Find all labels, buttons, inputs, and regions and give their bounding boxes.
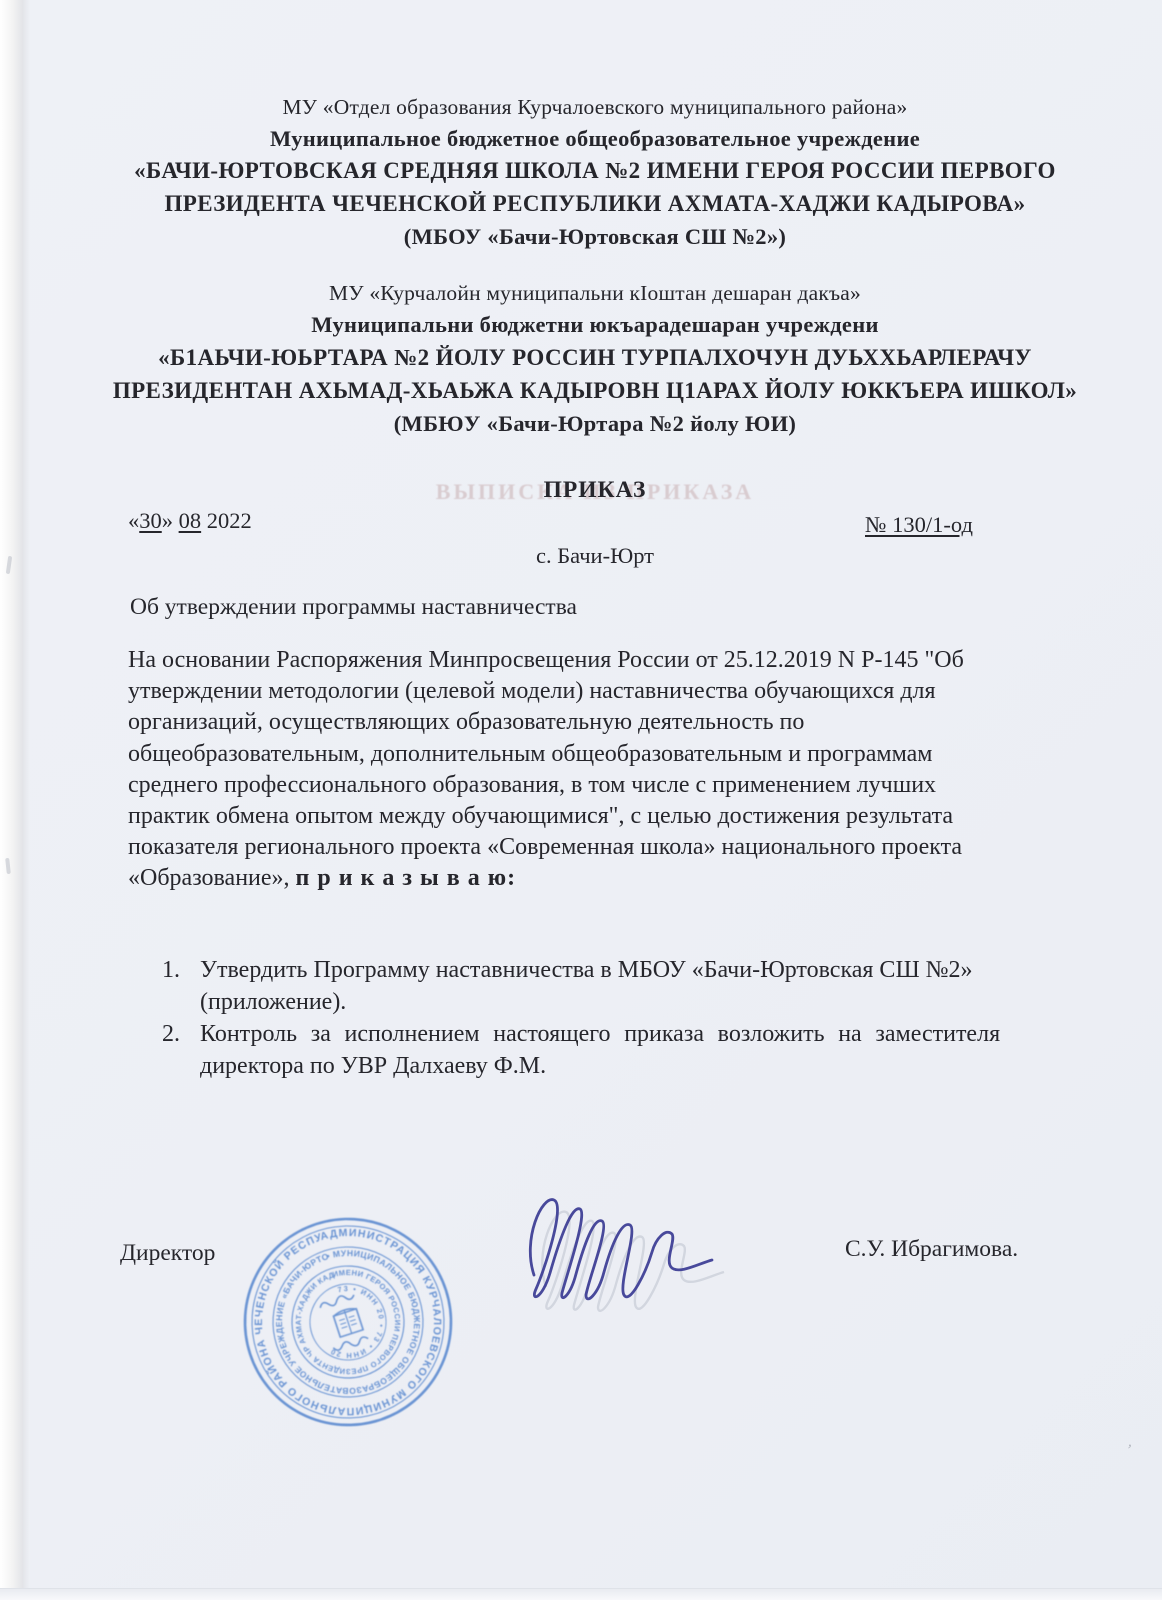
official-stamp: АДМИНИСТРАЦИЯ КУРЧАЛОЕВСКОГО МУНИЦИПАЛЬН… <box>238 1212 458 1432</box>
body-final-prefix: «Образование», <box>128 865 296 891</box>
date-close-quote: » <box>162 508 173 533</box>
body-final-line: «Образование», п р и к а з ы в а ю: <box>128 863 1058 894</box>
date-month: 08 <box>179 508 202 533</box>
item-1-number: 1. <box>162 957 180 984</box>
body-line: общеобразовательным, дополнительным обще… <box>128 739 1058 770</box>
order-title: ПРИКАЗ <box>28 477 1162 504</box>
handwritten-signature <box>500 1175 740 1335</box>
item-2-line-2: директора по УВР Далхаеву Ф.М. <box>200 1053 546 1080</box>
corner-artifact: ’ <box>1124 1442 1133 1461</box>
header-ru-department: МУ «Отдел образования Курчалоевского мун… <box>28 95 1162 120</box>
order-body-paragraph: На основании Распоряжения Минпросвещения… <box>128 645 1058 895</box>
body-line: практик обмена опытом между обучающимися… <box>128 801 1058 832</box>
header-che-abbreviation: (МБЮУ «Бачи-Юртара №2 йолу ЮИ) <box>28 411 1162 437</box>
date-year: 2022 <box>207 508 252 533</box>
date-day: 30 <box>139 508 162 533</box>
header-che-department: МУ «Курчалойн муниципальни кIоштан дешар… <box>28 281 1162 306</box>
header-ru-institution: Муниципальное бюджетное общеобразователь… <box>28 126 1162 152</box>
signature-echo-stroke <box>542 1212 724 1311</box>
body-line: организаций, осуществляющих образователь… <box>128 707 1058 738</box>
item-2-line-1: Контроль за исполнением настоящего прика… <box>200 1021 1000 1048</box>
body-line: показателя регионального проекта «Соврем… <box>128 832 1058 863</box>
scanner-edge-bottom <box>0 1588 1162 1600</box>
body-line: утверждении методологии (целевой модели)… <box>128 676 1058 707</box>
header-che-institution: Муниципальни бюджетни юкъарадешаран учре… <box>28 312 1162 338</box>
scanner-edge-left <box>0 0 30 1600</box>
header-ru-school-name-1: «БАЧИ-ЮРТОВСКАЯ СРЕДНЯЯ ШКОЛА №2 ИМЕНИ Г… <box>28 158 1162 184</box>
order-date: «30» 08 2022 <box>128 508 252 534</box>
header-che-school-name-1: «Б1АЬЧИ-ЮЬРТАРА №2 ЙОЛУ РОССИН ТУРПАЛХОЧ… <box>28 345 1162 371</box>
body-line: На основании Распоряжения Минпросвещения… <box>128 645 1058 676</box>
order-subject: Об утверждении программы наставничества <box>130 594 577 621</box>
header-ru-school-name-2: ПРЕЗИДЕНТА ЧЕЧЕНСКОЙ РЕСПУБЛИКИ АХМАТА-Х… <box>28 191 1162 217</box>
item-2-number: 2. <box>162 1021 180 1048</box>
stamp-ornament-wave-top <box>319 1292 355 1310</box>
decree-word: п р и к а з ы в а ю: <box>296 865 517 891</box>
signer-role: Директор <box>120 1240 215 1267</box>
header-che-school-name-2: ПРЕЗИДЕНТАН АХЬМАД-ХЬАЬЖА КАДЫРОВН Ц1АРА… <box>28 378 1162 404</box>
signer-name: С.У. Ибрагимова. <box>845 1236 1018 1263</box>
stamp-svg: АДМИНИСТРАЦИЯ КУРЧАЛОЕВСКОГО МУНИЦИПАЛЬН… <box>238 1212 458 1432</box>
order-number: № 130/1-од <box>865 512 973 538</box>
item-1-line-2: (приложение). <box>200 989 346 1016</box>
item-1-line-1: Утвердить Программу наставничества в МБО… <box>200 957 973 984</box>
body-line: среднего профессионального образования, … <box>128 770 1058 801</box>
header-ru-abbreviation: (МБОУ «Бачи-Юртовская СШ №2») <box>28 224 1162 250</box>
order-place: с. Бачи-Юрт <box>28 543 1162 569</box>
date-open-quote: « <box>128 508 139 533</box>
scanned-order-document: ’ МУ «Отдел образования Курчалоевского м… <box>0 0 1162 1600</box>
signature-svg <box>500 1175 740 1335</box>
stamp-center-emblem <box>333 1306 363 1337</box>
